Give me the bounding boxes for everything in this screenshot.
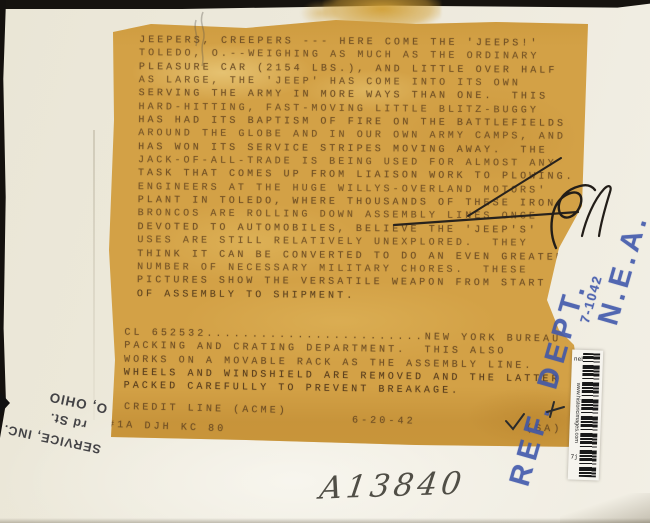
scan-edge-left	[0, 0, 6, 438]
barcode-bars	[579, 353, 600, 478]
address-stamp-street: rd St.	[48, 410, 88, 432]
credit-line: CREDIT LINE (ACME)	[124, 401, 288, 418]
handwritten-archive-number: A13840	[318, 465, 468, 506]
date-stamp: 6-20-42	[352, 414, 416, 428]
address-stamp-company: SERVICE, INC.	[2, 422, 102, 456]
typed-line: OF ASSEMBLY TO SHIPMENT.	[137, 288, 574, 305]
caption-sheet: JEEPERS, CREEPERS --- HERE COME THE 'JEE…	[106, 16, 592, 452]
photo-code: #1A DJH KC 80	[108, 419, 227, 437]
barcode-sticker: neb www.historicimages.com 7j	[568, 349, 604, 480]
press-photo-back-scan: JEEPERS, CREEPERS --- HERE COME THE 'JEE…	[0, 0, 650, 523]
barcode-chars-bottom: 7j	[570, 454, 577, 461]
photo-bottom-edge	[0, 518, 650, 523]
paper-crease	[93, 130, 95, 420]
caption-text: JEEPERS, CREEPERS --- HERE COME THE 'JEE…	[137, 34, 576, 305]
bureau-note-text: CL 652532........................NEW YOR…	[124, 327, 562, 401]
nea-agency-stamp: N.E.A.	[592, 209, 650, 329]
